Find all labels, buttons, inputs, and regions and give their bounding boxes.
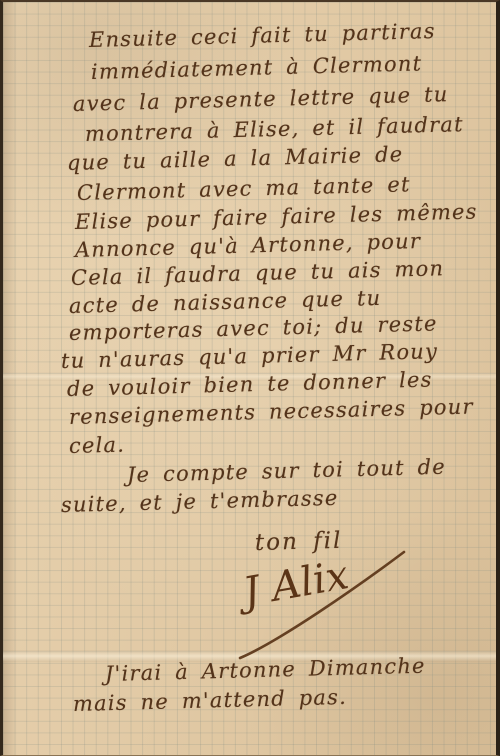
letter-line: Clermont avec ma tante et [77,172,411,205]
letter-line: Cela il faudra que tu ais mon [71,256,445,290]
postscript-line: J'irai à Artonne Dimanche [105,654,426,686]
signature: J Alix [208,544,428,669]
closing-line: Je compte sur toi tout de [127,455,446,487]
left-edge-shadow [3,2,17,755]
postscript-line: mais ne m'attend pas. [73,685,348,716]
letter-line: cela. [69,433,126,458]
letter-page: Ensuite ceci fait tu partiras immédiatem… [0,0,500,756]
letter-line: renseignements necessaires pour [69,394,474,429]
letter-line: montrera à Elise, et il faudrat [85,112,464,146]
signature-name: J Alix [233,552,352,617]
letter-line: Annonce qu'à Artonne, pour [75,229,422,262]
letter-line: que tu aille a la Mairie de [67,142,404,175]
letter-line: avec la presente lettre que tu [73,82,449,116]
letter-line: immédiatement à Clermont [91,51,423,84]
closing-line: suite, et je t'embrasse [61,486,339,517]
letter-line: Ensuite ceci fait tu partiras [89,19,436,52]
